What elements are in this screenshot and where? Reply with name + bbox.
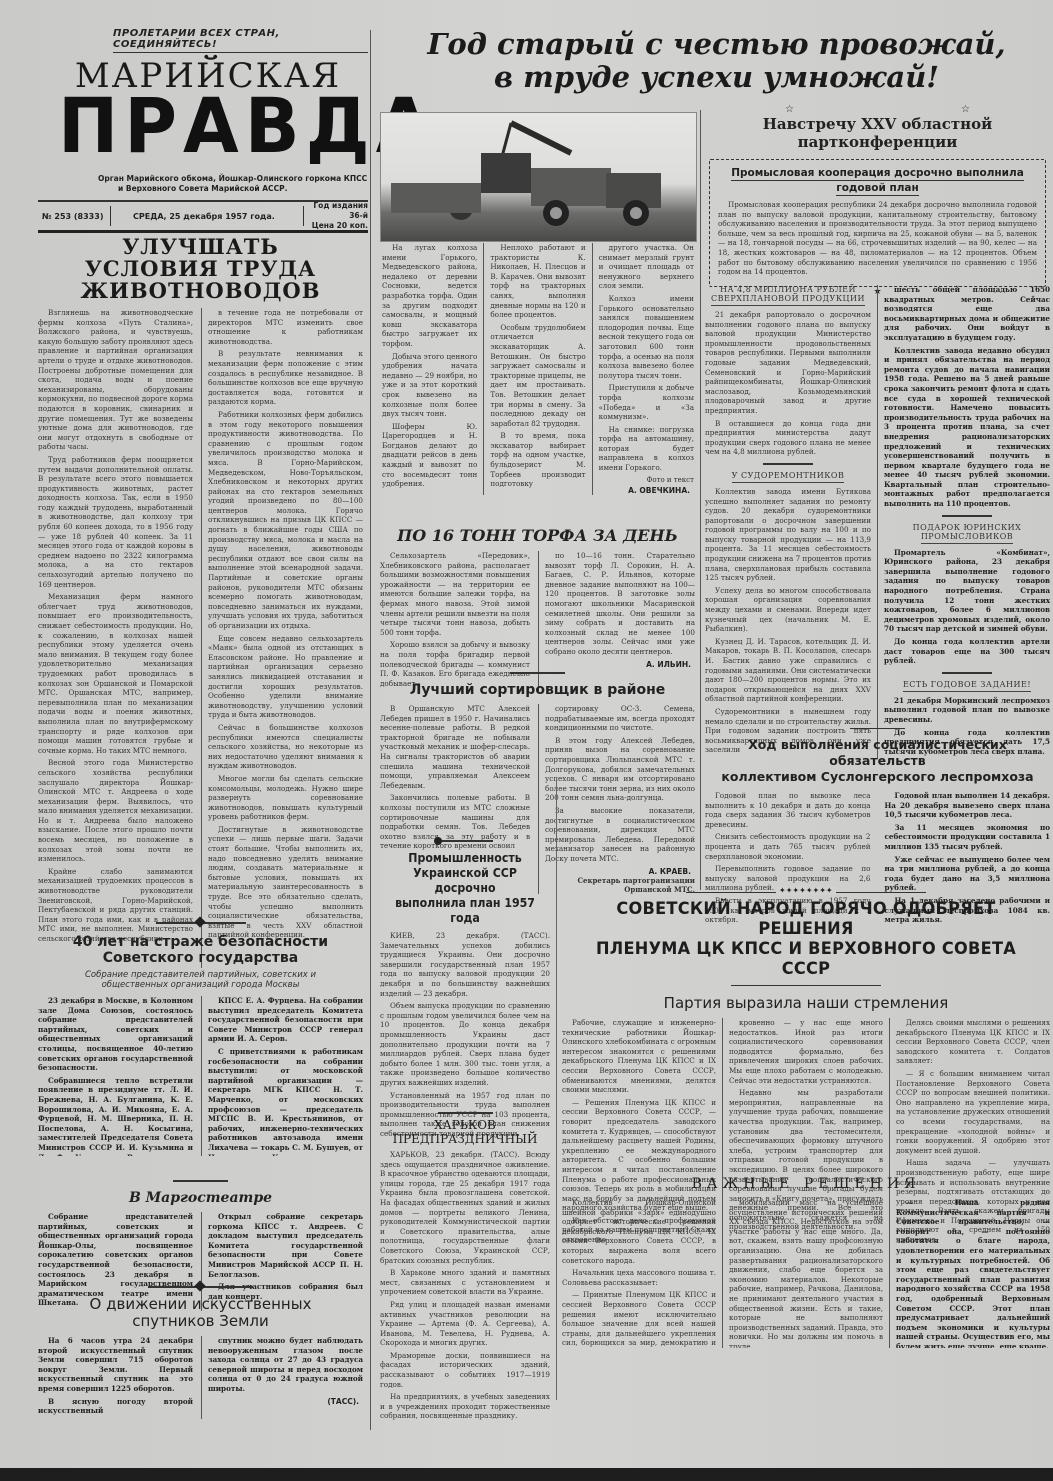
- paragraph: в течение года не потребовали от директо…: [208, 308, 363, 346]
- star-icon: ☆: [785, 104, 794, 115]
- paragraph: Добыча этого ценного удобрения начата не…: [382, 352, 477, 419]
- paragraph: Многое могли бы сделать сельские комсомо…: [208, 774, 363, 822]
- peat-col1: Сельхозартель «Передовик», Хлебниковског…: [380, 551, 530, 691]
- right-subcol2: шесть общей площадью 1650 квадратных мет…: [877, 285, 1050, 759]
- kharkov-title-line2: ПРЕДПРАЗДНИЧНЫЙ: [380, 1132, 550, 1146]
- banner-slogan: Год старый с честью провожай, в труде ус…: [380, 28, 1053, 94]
- sorter-signature: А. КРАЕВ.: [545, 867, 691, 876]
- ornament-dot-icon: [434, 837, 442, 845]
- paragraph: Коллектив завода недавно обсудил и приня…: [884, 346, 1050, 509]
- paragraph: Успеху дела во многом способствовала хор…: [705, 586, 871, 634]
- paragraph: В результате невнимания к механизации фе…: [208, 349, 363, 407]
- kgb-subtitle: Собрание представителей партийных, совет…: [78, 970, 323, 990]
- satellites-col2-text: спутник можно будет наблюдать невооружен…: [208, 1336, 363, 1394]
- satellites-title-line2: спутников Земли: [38, 1313, 363, 1330]
- boxed-title-line1: Промысловая кооперация досрочно выполнил…: [731, 166, 1024, 181]
- paragraph: Объем выпуска продукции по сравнению с п…: [380, 1001, 550, 1087]
- photo-credit-name: А. ОВЕЧКИНА.: [599, 486, 690, 495]
- masthead: ПРОЛЕТАРИИ ВСЕХ СТРАН, СОЕДИНЯЙТЕСЬ! МАР…: [38, 28, 368, 233]
- paragraph: Труд работников ферм поощряется путем вы…: [38, 455, 193, 589]
- party-title: Партия выразила наши стремления: [562, 994, 1050, 1012]
- paragraph: Сейчас в большинстве колхозов республики…: [208, 723, 363, 771]
- conference-title-line2: партконференции: [705, 133, 1050, 151]
- kharkov-text: ХАРЬКОВ, 23 декабря. (ТАСС). Всюду здесь…: [380, 1150, 550, 1421]
- masthead-organ: Орган Марийского обкома, Йошкар-Олинског…: [98, 174, 368, 194]
- peat-col2: по 10—16 тонн. Старательно вывозят торф …: [538, 551, 695, 691]
- paragraph: Рабочие, служащие и инженерно-технически…: [562, 1018, 716, 1095]
- paragraph: Кузнец Д. И. Тарасов, котельщик Д. И. Ма…: [705, 637, 871, 704]
- excavator-truck-illustration: [381, 113, 696, 241]
- satellites-signature: (ТАСС).: [208, 1397, 359, 1406]
- paragraph: В оставшиеся до конца года дни предприят…: [705, 419, 871, 457]
- paragraph: До конца года коллектив артели даст това…: [884, 637, 1050, 666]
- ukraine-title-line1: Промышленность: [390, 850, 540, 865]
- masthead-organ-line1: Орган Марийского обкома, Йошкар-Олинског…: [98, 174, 368, 184]
- photo-caption: На лугах колхоза имени Горького, Медведе…: [382, 243, 694, 495]
- ukraine-title-line2: Украинской ССР досрочно: [390, 865, 540, 895]
- million-title-line1: НА 4,8 МИЛЛИОНА РУБЛЕЙ: [705, 285, 871, 294]
- plenum-headline-line2: ПЛЕНУМА ЦК КПСС И ВЕРХОВНОГО СОВЕТА СССР: [574, 939, 1038, 979]
- paragraph: Коллектив завода имени Бутякова успешно …: [705, 487, 871, 583]
- sorter-col2: сортировку ОС-3. Семена, подрабатываемые…: [538, 704, 695, 894]
- banner-line2: в труде успехи умножай!: [380, 61, 1053, 94]
- kgb-col2: КПСС Е. А. Фурцева. На собрании выступил…: [201, 996, 363, 1156]
- editorial-title: УЛУЧШАТЬ УСЛОВИЯ ТРУДА ЖИВОТНОВОДОВ: [38, 236, 363, 308]
- satellites-article: О движении искусственных спутников Земли…: [38, 1286, 363, 1419]
- paragraph: Начальник цеха массового пошива т. Солов…: [562, 1268, 716, 1287]
- paragraph: шесть общей площадью 1650 квадратных мет…: [884, 285, 1050, 343]
- paragraph: мобилизации масс на успешное осуществлен…: [729, 1198, 883, 1348]
- million-title-line2: СВЕРХПЛАНОВОЙ ПРОДУКЦИИ: [711, 294, 865, 306]
- conference-section: ☆☆ Навстречу XXV областной партконференц…: [705, 100, 1050, 297]
- paragraph: Особым трудолюбием отличается экскаватор…: [490, 323, 585, 429]
- kgb-title-line1: 40 лет на страже безопасности: [38, 934, 363, 950]
- masthead-slogan: ПРОЛЕТАРИИ ВСЕХ СТРАН, СОЕДИНЯЙТЕСЬ!: [113, 28, 368, 53]
- issue-date: СРЕДА, 25 декабря 1957 года.: [111, 212, 303, 221]
- paragraph: С приветствиями к работникам госбезопасн…: [208, 1047, 363, 1156]
- peat-signature: А. ИЛЬИН.: [545, 660, 691, 669]
- caption-col2: Неплохо работают и трактористы К. Никола…: [483, 243, 585, 495]
- theatre-title: В Маргостеатре: [38, 1190, 363, 1206]
- paragraph: 21 декабря рапортовало о досрочном выпол…: [705, 310, 871, 416]
- decisions-title: ВАЖНЫЕ РЕШЕНИЯ: [562, 1176, 1050, 1192]
- paragraph: Шоферы Ю. Царегородцев и Н. Богданов дел…: [382, 422, 477, 489]
- peat-title: ПО 16 ТОНН ТОРФА ЗА ДЕНЬ: [380, 526, 695, 545]
- kgb-col1: 23 декабря в Москве, в Колонном зале Дом…: [38, 996, 193, 1156]
- paragraph: — Принятые Пленумом ЦК КПСС и сессией Ве…: [562, 1290, 716, 1348]
- paragraph: В Оршанскую МТС Алексей Лебедев пришел в…: [380, 704, 530, 790]
- paragraph: Колхоз имени Горького основательно занял…: [599, 294, 694, 380]
- ukraine-text: КИЕВ, 23 декабря. (ТАСС). Замечательных …: [380, 931, 550, 1138]
- ukraine-title-line3: выполнила план 1957 года: [390, 895, 540, 925]
- ship-title: У СУДОРЕМОНТНИКОВ: [732, 471, 845, 483]
- paragraph: Механизация ферм намного облегчает труд …: [38, 592, 193, 755]
- decisions-col1: Коллектив Йошкар-Олинской швейной фабрик…: [562, 1198, 716, 1348]
- kharkov-title-line1: ХАРЬКОВ: [380, 1118, 550, 1132]
- decisions-section: ВАЖНЫЕ РЕШЕНИЯ Коллектив Йошкар-Олинской…: [562, 1176, 1050, 1348]
- masthead-info-row: № 253 (8333) СРЕДА, 25 декабря 1957 года…: [38, 204, 368, 228]
- paragraph: В ясную погоду второй искусственный: [38, 1397, 193, 1416]
- masthead-title-main: ПРАВДА: [58, 88, 368, 164]
- boxed-title-line2: годовой план: [836, 181, 919, 196]
- paragraph: Делясь своими мыслями о решениях декабрь…: [896, 1018, 1050, 1066]
- gift-title-line1: ПОДАРОК ЮРИНСКИХ: [884, 523, 1050, 532]
- caption-col3: другого участка. Он снимает мерзлый грун…: [592, 243, 694, 495]
- decisions-col2: мобилизации масс на успешное осуществлен…: [722, 1198, 883, 1348]
- boxed-text: Промысловая кооперация республики 24 дек…: [718, 200, 1037, 277]
- kgb-anniversary-article: 40 лет на страже безопасности Советского…: [38, 922, 363, 1156]
- conference-title-line1: Навстречу XXV областной: [705, 115, 1050, 133]
- masthead-organ-line2: и Верховного Совета Марийской АССР.: [98, 184, 368, 194]
- paragraph: Годовой план по вывозке леса выполнить к…: [705, 791, 871, 829]
- paragraph: Работники колхозных ферм добились в этом…: [208, 410, 363, 631]
- paragraph: сортировку ОС-3. Семена, подрабатываемые…: [545, 704, 695, 733]
- right-subcolumns: НА 4,8 МИЛЛИОНА РУБЛЕЙСВЕРХПЛАНОВОЙ ПРОД…: [705, 285, 1050, 759]
- paragraph: Ряд улиц и площадей назван именами актив…: [380, 1300, 550, 1348]
- paragraph: Еще совсем недавно сельхозартель «Маяк» …: [208, 634, 363, 720]
- ukraine-article: Промышленность Украинской ССР досрочно в…: [380, 840, 550, 1141]
- paragraph: Открыл собрание секретарь горкома КПСС т…: [208, 1212, 363, 1279]
- sorter-role1: Секретарь партогранизации: [545, 876, 695, 885]
- paragraph: 21 декабря Моркинский леспромхоз выполни…: [884, 696, 1050, 725]
- progress-title-line1: Ход выполнения социалистических обязател…: [705, 737, 1050, 769]
- sorter-title: Лучший сортировщик в районе: [380, 682, 695, 698]
- paragraph: За высокие показатели, достигнутые в соц…: [545, 806, 695, 864]
- paragraph: КПСС Е. А. Фурцева. На собрании выступил…: [208, 996, 363, 1044]
- banner-line1: Год старый с честью провожай,: [380, 28, 1053, 61]
- boxed-article: Промысловая кооперация досрочно выполнил…: [709, 159, 1046, 287]
- paragraph: В то время, пока экскаватор выбирает тор…: [490, 431, 585, 489]
- paragraph: ХАРЬКОВ, 23 декабря. (ТАСС). Всюду здесь…: [380, 1150, 550, 1265]
- gift-title-line2: ПРОМЫСЛОВИКОВ: [921, 532, 1013, 544]
- paragraph: На предприятиях, в учебных заведениях и …: [380, 1392, 550, 1421]
- peat-photo: [380, 112, 697, 242]
- peat-article: ПО 16 ТОНН ТОРФА ЗА ДЕНЬ Сельхозартель «…: [380, 522, 695, 691]
- paragraph: За 11 месяцев экономия по себестоимости …: [885, 823, 1051, 852]
- satellites-title-line1: О движении искусственных: [38, 1296, 363, 1313]
- editorial-article: УЛУЧШАТЬ УСЛОВИЯ ТРУДА ЖИВОТНОВОДОВ Взгл…: [38, 236, 363, 968]
- editorial-col1: Взглянешь на животноводческие фермы колх…: [38, 308, 193, 968]
- plenum-headline-line1: СОВЕТСКИЙ НАРОД ГОРЯЧО ОДОБРЯЕТ РЕШЕНИЯ: [574, 899, 1038, 939]
- paragraph: — Я с большим вниманием читал Постановле…: [896, 1069, 1050, 1155]
- photo-credit-label: Фото и текст: [599, 476, 694, 484]
- progress-title-line2: коллективом Суслонгерского леспромхоза: [705, 769, 1050, 785]
- forest-title: ЕСТЬ ГОДОВОЕ ЗАДАНИЕ!: [903, 680, 1031, 692]
- paragraph: На 6 часов утра 24 декабря второй искусс…: [38, 1336, 193, 1394]
- kgb-title-line2: Советского государства: [38, 950, 363, 966]
- paragraph: другого участка. Он снимает мерзлый грун…: [599, 243, 694, 291]
- paragraph: Неплохо работают и трактористы К. Никола…: [490, 243, 585, 320]
- decisions-col3: — Наша родная Коммунистическая партия и …: [889, 1198, 1050, 1348]
- paragraph: — Наша родная Коммунистическая партия и …: [896, 1198, 1050, 1348]
- paragraph: 23 декабря в Москве, в Колонном зале Дом…: [38, 996, 193, 1073]
- paragraph: На снимке: погрузка торфа на автомашину,…: [599, 425, 694, 473]
- satellites-col1: На 6 часов утра 24 декабря второй искусс…: [38, 1336, 193, 1419]
- paragraph: по 10—16 тонн. Старательно вывозят торф …: [545, 551, 695, 657]
- paragraph: Уже сейчас ее выпущено более чем на три …: [885, 855, 1051, 893]
- paragraph: Промартель «Комбинат», Юринского района,…: [884, 548, 1050, 634]
- paragraph: На лугах колхоза имени Горького, Медведе…: [382, 243, 477, 349]
- publication-year: Год издания 36-й: [304, 201, 368, 221]
- right-subcol1: НА 4,8 МИЛЛИОНА РУБЛЕЙСВЕРХПЛАНОВОЙ ПРОД…: [705, 285, 871, 759]
- paragraph: КИЕВ, 23 декабря. (ТАСС). Замечательных …: [380, 931, 550, 998]
- paragraph: Собравшиеся тепло встретили появление в …: [38, 1076, 193, 1156]
- paragraph: В Харькове много зданий и памятных мест,…: [380, 1268, 550, 1297]
- kharkov-article: ХАРЬКОВ ПРЕДПРАЗДНИЧНЫЙ ХАРЬКОВ, 23 дека…: [380, 1112, 550, 1424]
- paragraph: Весной этого года Министерство сельского…: [38, 758, 193, 864]
- paragraph: Сельхозартель «Передовик», Хлебниковског…: [380, 551, 530, 637]
- paragraph: кровенно — у нас еще много недостатков. …: [729, 1018, 883, 1085]
- star-icon: ☆: [961, 104, 970, 115]
- editorial-col2: в течение года не потребовали от директо…: [201, 308, 363, 968]
- paragraph: Снизить себестоимость продукции на 2 про…: [705, 832, 871, 861]
- paragraph: Приступили к добыче торфа колхозы «Побед…: [599, 383, 694, 421]
- paragraph: Годовой план выполнен 14 декабря. На 20 …: [885, 791, 1051, 820]
- satellites-col2: спутник можно будет наблюдать невооружен…: [201, 1336, 363, 1419]
- newspaper-page: ПРОЛЕТАРИИ ВСЕХ СТРАН, СОЕДИНЯЙТЕСЬ! МАР…: [0, 0, 1053, 1481]
- ornament-crosses-icon: ✦✦✦✦✦✦✦✦: [776, 886, 836, 895]
- paragraph: Взглянешь на животноводческие фермы колх…: [38, 308, 193, 452]
- paragraph: В этом году Алексей Лебедев, приняв вызо…: [545, 736, 695, 803]
- paragraph: Коллектив Йошкар-Олинской швейной фабрик…: [562, 1198, 716, 1265]
- paragraph: Мраморные доски, появившиеся на фасадах …: [380, 1351, 550, 1389]
- caption-col1: На лугах колхоза имени Горького, Медведе…: [382, 243, 477, 495]
- issue-number: № 253 (8333): [38, 212, 110, 221]
